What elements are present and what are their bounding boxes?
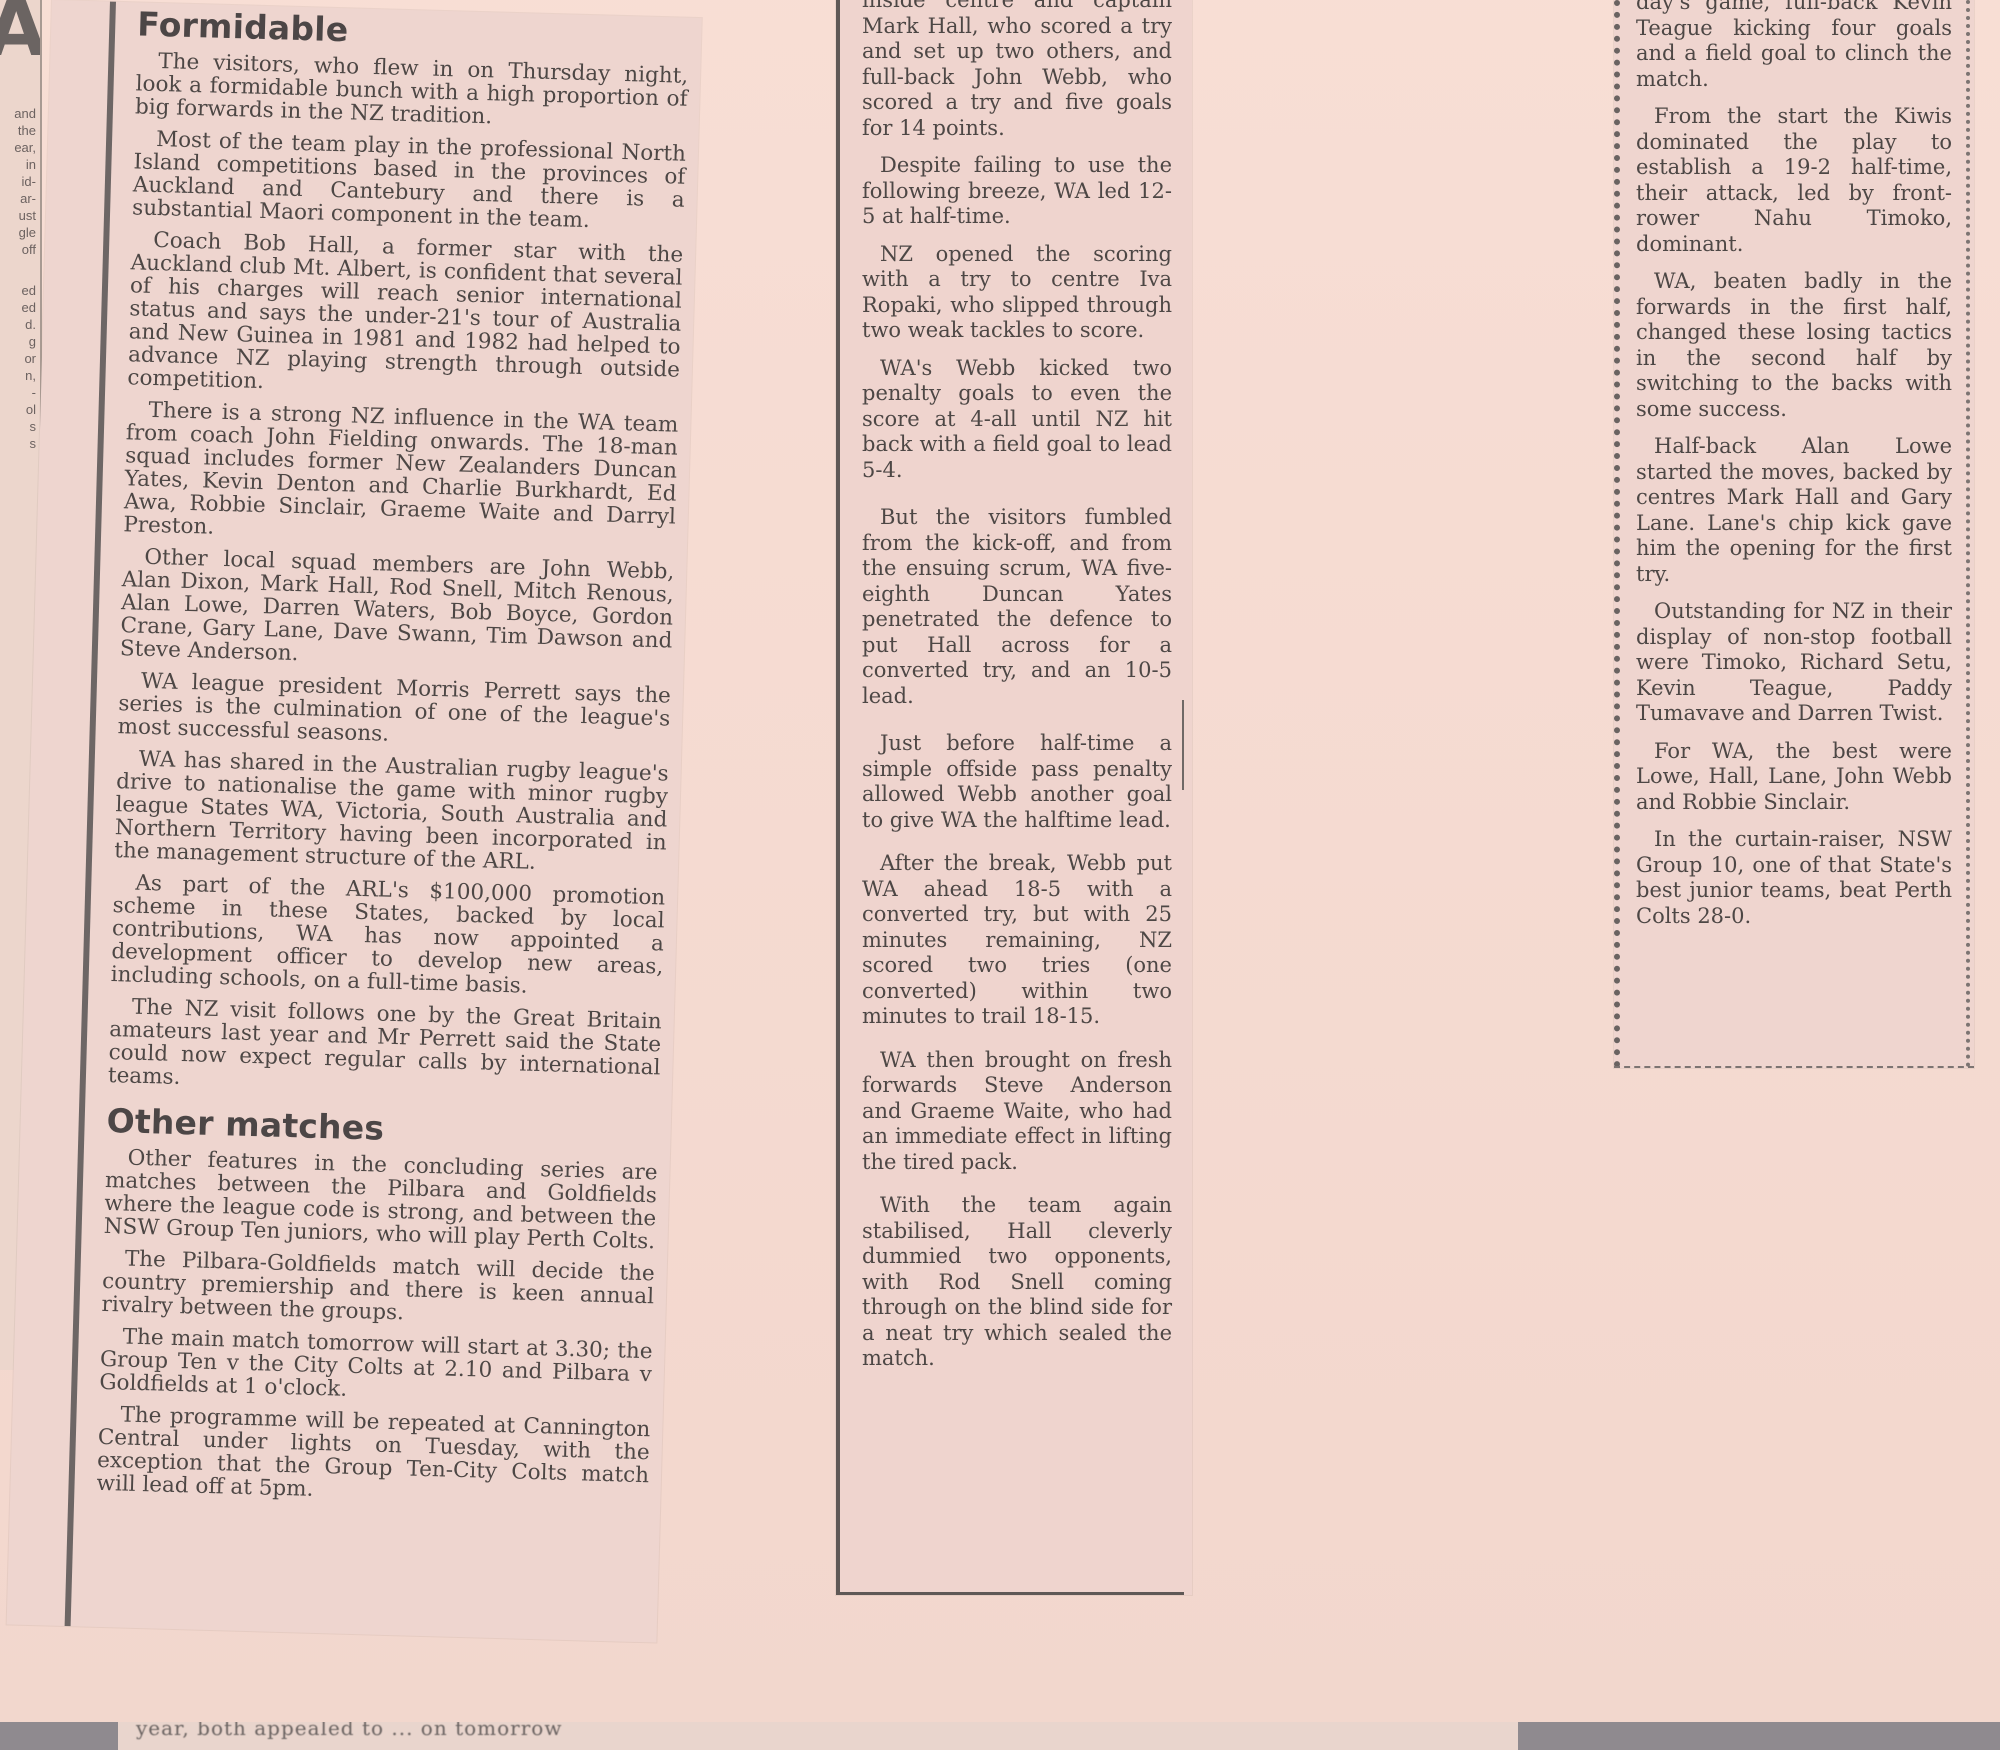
paragraph: In the curtain-raiser, NSW Group 10, one… [1636, 827, 1952, 929]
middle-article-body: inside centre and captain Mark Hall, who… [862, 0, 1172, 1384]
paragraph: inside centre and captain Mark Hall, who… [862, 0, 1172, 141]
right-clipping: day's game, full-back Kevin Teague kicki… [1614, 0, 1974, 1068]
headline-fragment: A [0, 0, 42, 68]
paragraph: For WA, the best were Lowe, Hall, Lane, … [1636, 739, 1952, 816]
column-rule-right [1966, 0, 1970, 1068]
paragraph: There is a strong NZ influence in the WA… [123, 398, 679, 551]
paragraph: WA has shared in the Australian rugby le… [114, 747, 669, 877]
text-fragment: or [24, 350, 36, 367]
paragraph: From the start the Kiwis dominated the p… [1636, 104, 1952, 257]
paragraph: After the break, Webb put WA ahead 18-5 … [862, 851, 1172, 1030]
paragraph: As part of the ARL's $100,000 promotion … [110, 871, 665, 1001]
text-fragment: - [32, 384, 36, 401]
paragraph: day's game, full-back Kevin Teague kicki… [1636, 0, 1952, 92]
paragraph: NZ opened the scoring with a try to cent… [862, 242, 1172, 344]
paragraph: Just before half-time a simple offside p… [862, 731, 1172, 833]
paragraph: Despite failing to use the following bre… [862, 153, 1172, 230]
text-fragment: and [14, 105, 36, 122]
paragraph: With the team again stabilised, Hall cle… [862, 1193, 1172, 1372]
paragraph: Most of the team play in the professiona… [132, 127, 686, 234]
paragraph: WA then brought on fresh forwards Steve … [862, 1048, 1172, 1176]
paragraph: Outstanding for NZ in their display of n… [1636, 599, 1952, 727]
underlying-clipping: year, both appealed to ... on tomorrow [118, 1722, 1518, 1750]
paragraph: The NZ visit follows one by the Great Br… [108, 995, 662, 1102]
column-rule-left [836, 0, 840, 1595]
middle-clipping: inside centre and captain Mark Hall, who… [836, 0, 1192, 1595]
text-fragment: ar- [20, 190, 36, 207]
paragraph: Half-back Alan Lowe started the moves, b… [1636, 434, 1952, 587]
text-fragment: gle [19, 224, 36, 241]
text-fragment: ust [19, 207, 36, 224]
paragraph: The programme will be repeated at Cannin… [96, 1403, 650, 1510]
column-rule-bottom [1614, 1066, 1974, 1068]
paragraph: The visitors, who flew in on Thursday ni… [135, 49, 689, 133]
text-fragment: year, both appealed to ... on tomorrow [136, 1722, 562, 1740]
paragraph: WA, beaten badly in the forwards in the … [1636, 269, 1952, 422]
underlying-page-edge: year, both appealed to ... on tomorrow [0, 1722, 2000, 1750]
column-rule-right [1182, 700, 1184, 790]
text-fragment: off [22, 241, 36, 258]
paragraph: Other features in the concluding series … [103, 1146, 657, 1253]
paragraph: Other local squad members are John Webb,… [120, 545, 675, 675]
paragraph: WA's Webb kicked two penalty goals to ev… [862, 356, 1172, 484]
text-fragment: s [30, 418, 37, 435]
left-article-body: Formidable The visitors, who flew in on … [96, 2, 690, 1519]
text-fragment: the [18, 122, 36, 139]
text-fragment: id- [22, 173, 36, 190]
text-fragment: g [29, 333, 36, 350]
paragraph: The main match tomorrow will start at 3.… [99, 1325, 653, 1409]
text-fragment: in [26, 156, 36, 173]
text-fragment: s [30, 435, 37, 452]
text-fragment: ed [22, 282, 36, 299]
text-fragment: ear, [14, 139, 36, 156]
right-article-body: day's game, full-back Kevin Teague kicki… [1636, 0, 1952, 941]
paragraph: But the visitors fumbled from the kick-o… [862, 505, 1172, 709]
text-fragment: d. [25, 316, 36, 333]
text-fragment: n, [25, 367, 36, 384]
paragraph: WA league president Morris Perrett says … [117, 669, 671, 753]
paragraph: The Pilbara-Goldfields match will decide… [101, 1247, 655, 1331]
text-fragment: ed [22, 299, 36, 316]
paragraph: Coach Bob Hall, a former star with the A… [127, 228, 683, 404]
text-fragment: ol [26, 401, 36, 418]
column-rule-left [1614, 0, 1620, 1068]
column-rule-bottom [836, 1592, 1184, 1595]
left-clipping: Formidable The visitors, who flew in on … [7, 0, 702, 1643]
